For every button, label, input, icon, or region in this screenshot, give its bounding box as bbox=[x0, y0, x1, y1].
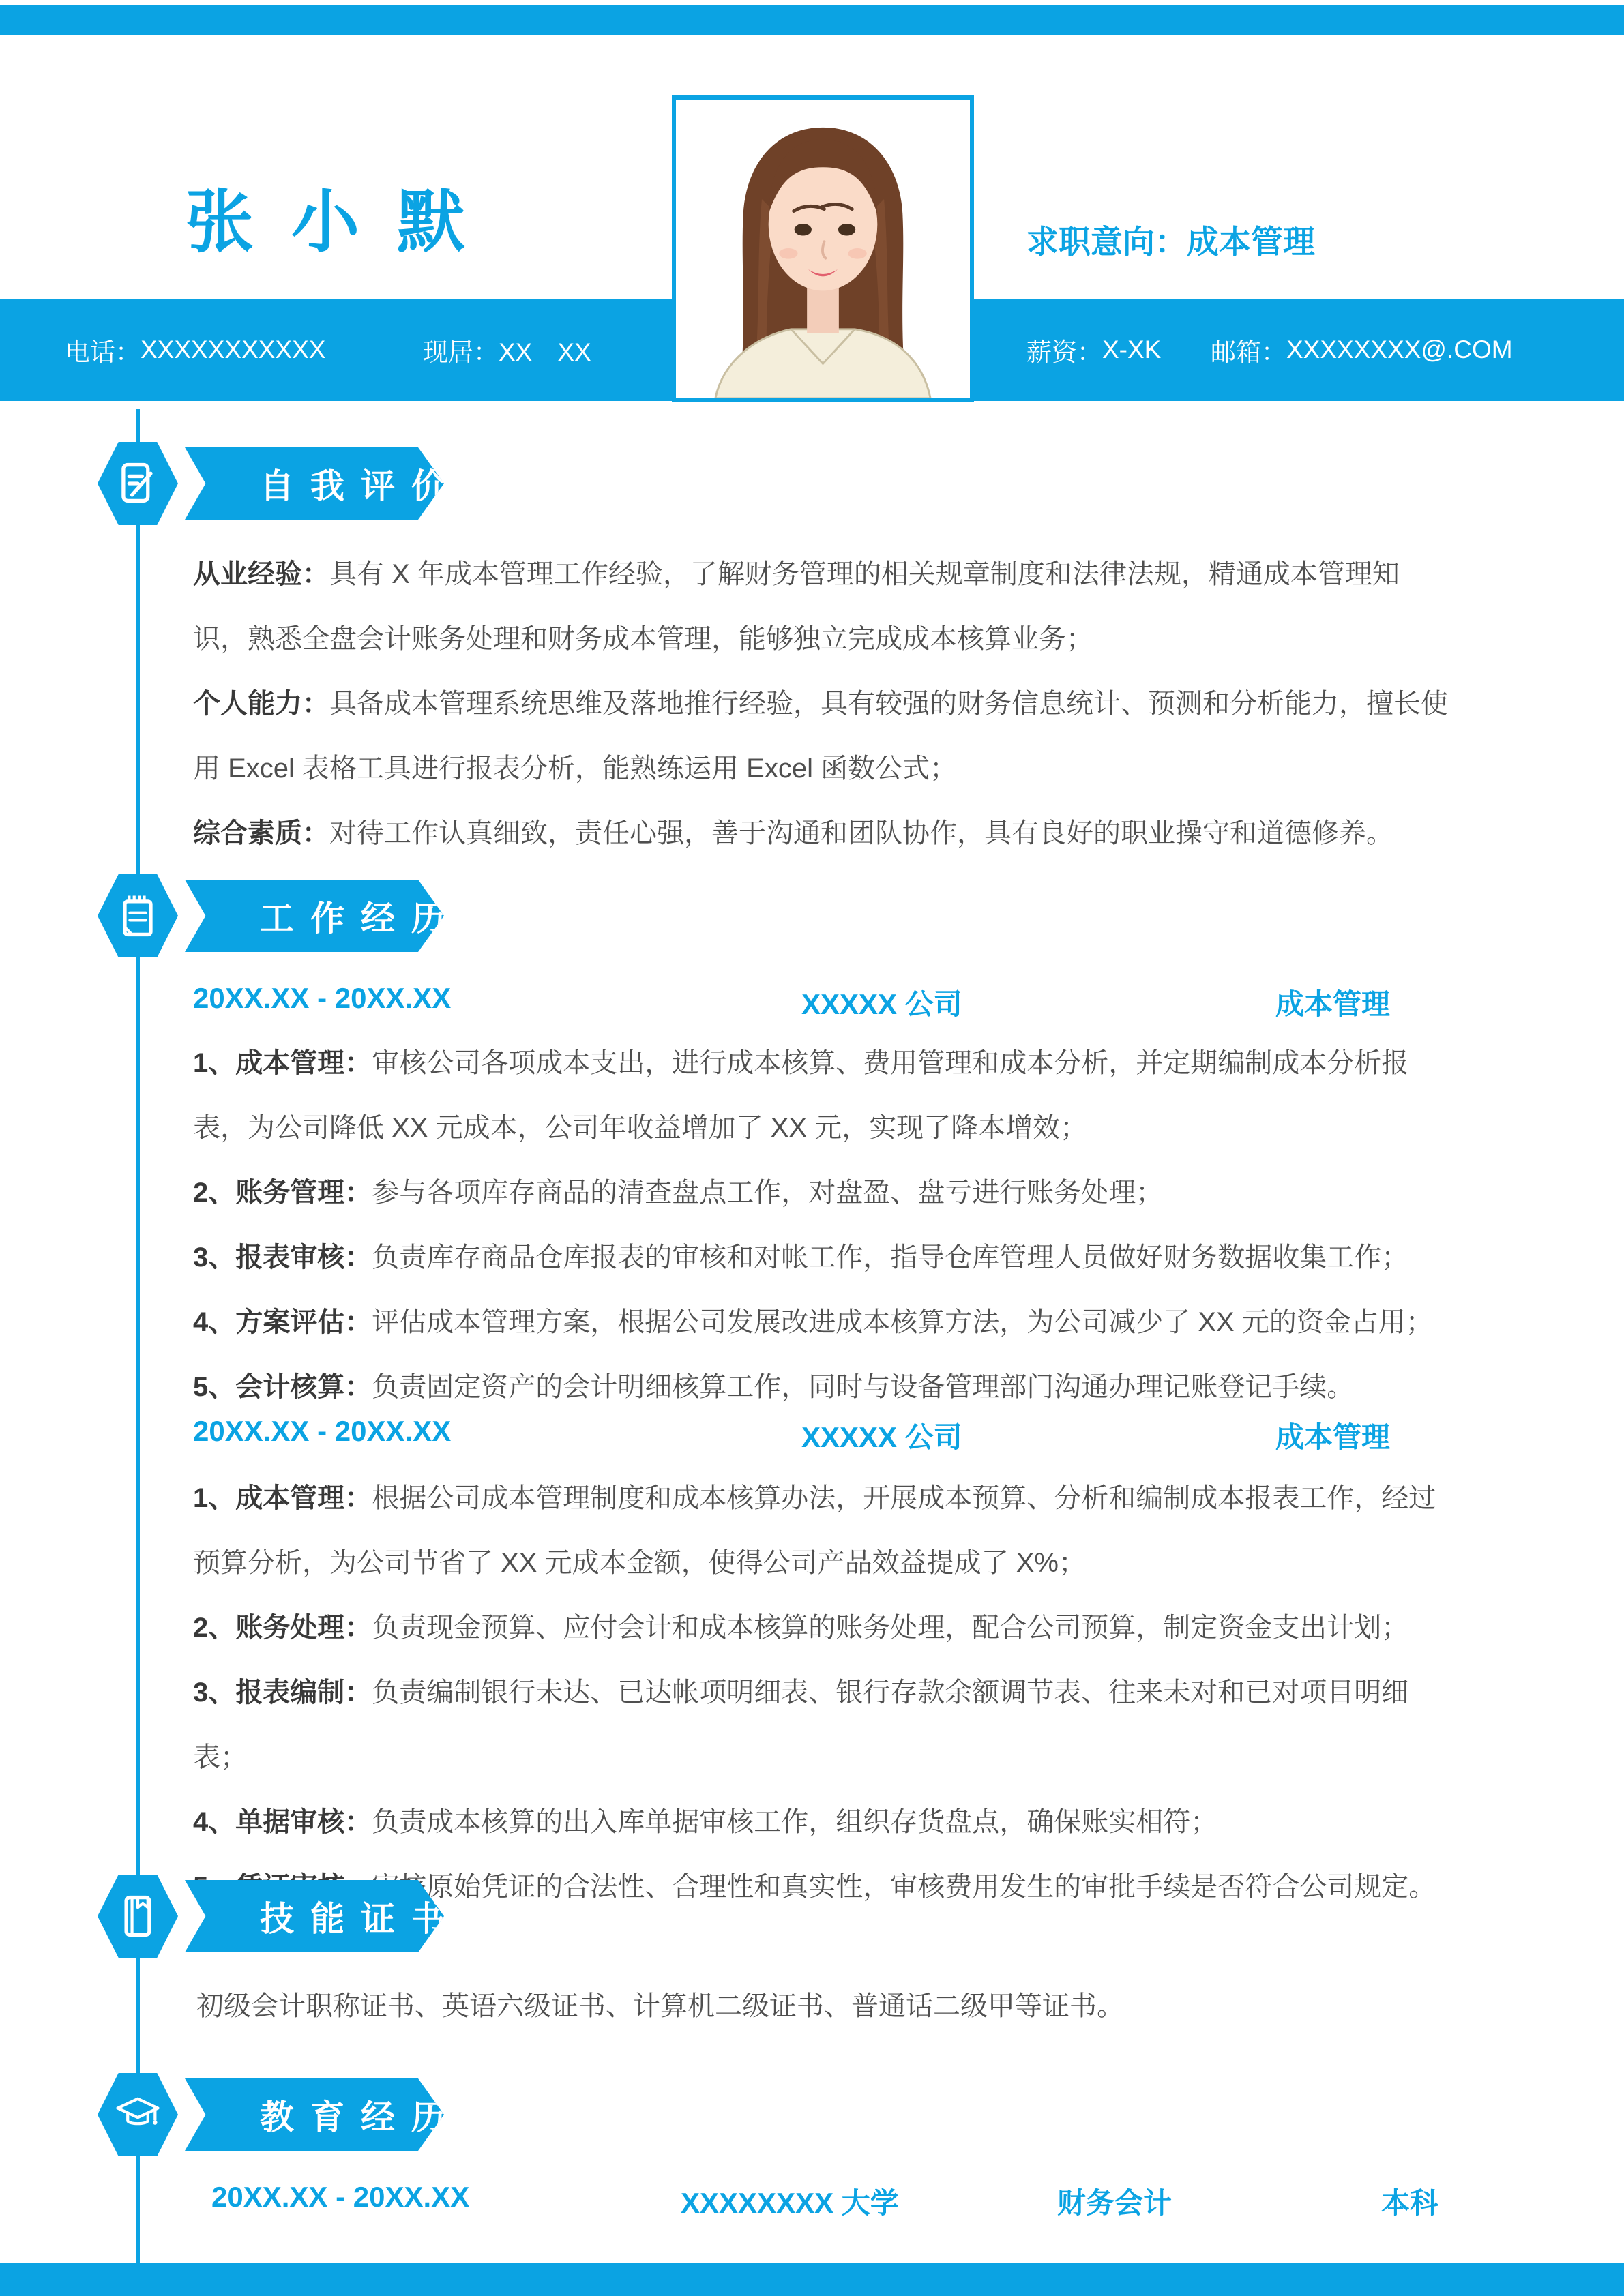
duty-text: 负责现金预算、应付会计和成本核算的账务处理，配合公司预算，制定资金支出计划； bbox=[372, 1613, 1408, 1643]
paragraph-label: 从业经验： bbox=[193, 559, 329, 589]
paragraph: 个人能力：具备成本管理系统思维及落地推行经验，具有较强的财务信息统计、预测和分析… bbox=[193, 672, 1451, 801]
certificate-book-icon bbox=[112, 1890, 164, 1942]
paragraph-label: 个人能力： bbox=[193, 689, 329, 719]
avatar bbox=[672, 95, 974, 402]
resume-page: 张小默 求职意向：成本管理 电话：XXXXXXXXXXX 现居：XX XX 薪资… bbox=[0, 0, 1624, 2296]
notepad-icon bbox=[112, 890, 164, 942]
email-label: 邮箱： bbox=[1211, 331, 1286, 368]
job-role: 成本管理 bbox=[1275, 1415, 1390, 1456]
paragraph-text: 具有 X 年成本管理工作经验，了解财务管理的相关规章制度和法律法规，精通成本管理… bbox=[193, 559, 1400, 654]
duty-text: 负责库存商品仓库报表的审核和对帐工作，指导仓库管理人员做好财务数据收集工作； bbox=[372, 1242, 1408, 1272]
duty-label: 4、方案评估： bbox=[193, 1307, 372, 1337]
education-degree: 本科 bbox=[1381, 2181, 1438, 2222]
job-header-row: 20XX.XX - 20XX.XX XXXXX 公司 成本管理 bbox=[193, 1415, 1451, 1456]
contact-phone: 电话：XXXXXXXXXXX bbox=[65, 299, 325, 401]
job-intent: 求职意向：成本管理 bbox=[1027, 217, 1315, 263]
education-period: 20XX.XX - 20XX.XX bbox=[211, 2181, 469, 2213]
paragraph-text: 对待工作认真细致，责任心强，善于沟通和团队协作，具有良好的职业操守和道德修养。 bbox=[329, 818, 1393, 848]
paragraph-label: 综合素质： bbox=[193, 818, 329, 848]
job-company: XXXXX 公司 bbox=[801, 1415, 962, 1456]
duty-label: 2、账务管理： bbox=[193, 1178, 372, 1208]
section-title-work-experience: 工作经历 bbox=[185, 880, 444, 952]
contact-email: 邮箱：XXXXXXXX@.COM bbox=[1211, 299, 1513, 401]
job-period: 20XX.XX - 20XX.XX bbox=[193, 982, 451, 1015]
duty-label: 4、单据审核： bbox=[193, 1807, 372, 1837]
job-company: XXXXX 公司 bbox=[801, 982, 962, 1023]
job-duty-item: 1、成本管理：根据公司成本管理制度和成本核算办法，开展成本预算、分析和编制成本报… bbox=[193, 1466, 1451, 1596]
job-duty-list: 1、成本管理：根据公司成本管理制度和成本核算办法，开展成本预算、分析和编制成本报… bbox=[193, 1466, 1451, 1920]
paragraph-text: 具备成本管理系统思维及落地推行经验，具有较强的财务信息统计、预测和分析能力，擅长… bbox=[193, 689, 1448, 784]
job-duty-item: 3、报表编制：负责编制银行未达、已达帐项明细表、银行存款余额调节表、往来未对和已… bbox=[193, 1660, 1451, 1790]
education-major: 财务会计 bbox=[1057, 2181, 1172, 2222]
section-badge bbox=[98, 2073, 178, 2156]
salary-value: X-XK bbox=[1102, 336, 1161, 364]
section-badge bbox=[98, 874, 178, 957]
bottom-accent-bar bbox=[0, 2263, 1624, 2296]
duty-text: 参与各项库存商品的清查盘点工作，对盘盈、盘亏进行账务处理； bbox=[372, 1178, 1163, 1208]
job-duty-item: 3、报表审核：负责库存商品仓库报表的审核和对帐工作，指导仓库管理人员做好财务数据… bbox=[193, 1225, 1451, 1290]
portrait-illustration bbox=[676, 100, 970, 398]
job-duty-list: 1、成本管理：审核公司各项成本支出，进行成本核算、费用管理和成本分析，并定期编制… bbox=[193, 1031, 1451, 1420]
salary-label: 薪资： bbox=[1027, 331, 1102, 368]
job-duty-item: 5、会计核算：负责固定资产的会计明细核算工作，同时与设备管理部门沟通办理记账登记… bbox=[193, 1355, 1451, 1420]
duty-text: 负责编制银行未达、已达帐项明细表、银行存款余额调节表、往来未对和已对项目明细表； bbox=[193, 1678, 1408, 1772]
duty-label: 5、会计核算： bbox=[193, 1372, 372, 1402]
graduation-cap-icon bbox=[112, 2089, 164, 2141]
duty-label: 1、成本管理： bbox=[193, 1483, 372, 1513]
education-school: XXXXXXXX 大学 bbox=[681, 2181, 899, 2222]
document-pencil-icon bbox=[112, 458, 164, 509]
job-role: 成本管理 bbox=[1275, 982, 1390, 1023]
section-title-skills: 技能证书 bbox=[185, 1880, 444, 1952]
page-title: 张小默 bbox=[186, 167, 503, 265]
job-duty-item: 4、单据审核：负责成本核算的出入库单据审核工作，组织存货盘点，确保账实相符； bbox=[193, 1790, 1451, 1855]
duty-text: 审核原始凭证的合法性、合理性和真实性，审核费用发生的审批手续是否符合公司规定。 bbox=[372, 1872, 1436, 1902]
residence-label: 现居： bbox=[423, 331, 499, 368]
job-duty-item: 4、方案评估：评估成本管理方案，根据公司发展改进成本核算方法，为公司减少了 XX… bbox=[193, 1290, 1451, 1355]
duty-text: 根据公司成本管理制度和成本核算办法，开展成本预算、分析和编制成本报表工作，经过预… bbox=[193, 1483, 1436, 1578]
timeline-line bbox=[136, 409, 140, 2263]
job-duty-item: 2、账务管理：参与各项库存商品的清查盘点工作，对盘盈、盘亏进行账务处理； bbox=[193, 1161, 1451, 1225]
section-title-education: 教育经历 bbox=[185, 2078, 444, 2151]
phone-label: 电话： bbox=[65, 331, 141, 368]
job-header-row: 20XX.XX - 20XX.XX XXXXX 公司 成本管理 bbox=[193, 982, 1451, 1023]
job-duty-item: 1、成本管理：审核公司各项成本支出，进行成本核算、费用管理和成本分析，并定期编制… bbox=[193, 1031, 1451, 1161]
self-evaluation-text: 从业经验：具有 X 年成本管理工作经验，了解财务管理的相关规章制度和法律法规，精… bbox=[193, 542, 1451, 866]
skills-text-block: 初级会计职称证书、英语六级证书、计算机二级证书、普通话二级甲等证书。 bbox=[196, 1974, 1455, 2039]
paragraph: 综合素质：对待工作认真细致，责任心强，善于沟通和团队协作，具有良好的职业操守和道… bbox=[193, 801, 1451, 866]
job-duty-item: 2、账务处理：负责现金预算、应付会计和成本核算的账务处理，配合公司预算，制定资金… bbox=[193, 1596, 1451, 1660]
section-badge bbox=[98, 1875, 178, 1958]
paragraph: 从业经验：具有 X 年成本管理工作经验，了解财务管理的相关规章制度和法律法规，精… bbox=[193, 542, 1451, 672]
phone-value: XXXXXXXXXXX bbox=[141, 336, 325, 364]
duty-label: 3、报表审核： bbox=[193, 1242, 372, 1272]
duty-text: 负责成本核算的出入库单据审核工作，组织存货盘点，确保账实相符； bbox=[372, 1807, 1217, 1837]
duty-text: 负责固定资产的会计明细核算工作，同时与设备管理部门沟通办理记账登记手续。 bbox=[372, 1372, 1354, 1402]
duty-text: 评估成本管理方案，根据公司发展改进成本核算方法，为公司减少了 XX 元的资金占用… bbox=[372, 1307, 1433, 1337]
section-badge bbox=[98, 442, 178, 525]
residence-value: XX XX bbox=[499, 331, 591, 368]
duty-label: 3、报表编制： bbox=[193, 1678, 372, 1708]
job-period: 20XX.XX - 20XX.XX bbox=[193, 1415, 451, 1448]
education-row: 20XX.XX - 20XX.XX XXXXXXXX 大学 财务会计 本科 bbox=[193, 2181, 1451, 2222]
contact-residence: 现居：XX XX bbox=[423, 299, 591, 401]
top-accent-bar bbox=[0, 5, 1624, 35]
section-title-self-evaluation: 自我评价 bbox=[185, 447, 444, 520]
duty-text: 审核公司各项成本支出，进行成本核算、费用管理和成本分析，并定期编制成本分析报表，… bbox=[193, 1048, 1408, 1143]
email-value: XXXXXXXX@.COM bbox=[1286, 336, 1513, 364]
duty-label: 1、成本管理： bbox=[193, 1048, 372, 1078]
skills-text: 初级会计职称证书、英语六级证书、计算机二级证书、普通话二级甲等证书。 bbox=[196, 1974, 1455, 2039]
duty-label: 2、账务处理： bbox=[193, 1613, 372, 1643]
contact-salary: 薪资：X-XK bbox=[1027, 299, 1161, 401]
